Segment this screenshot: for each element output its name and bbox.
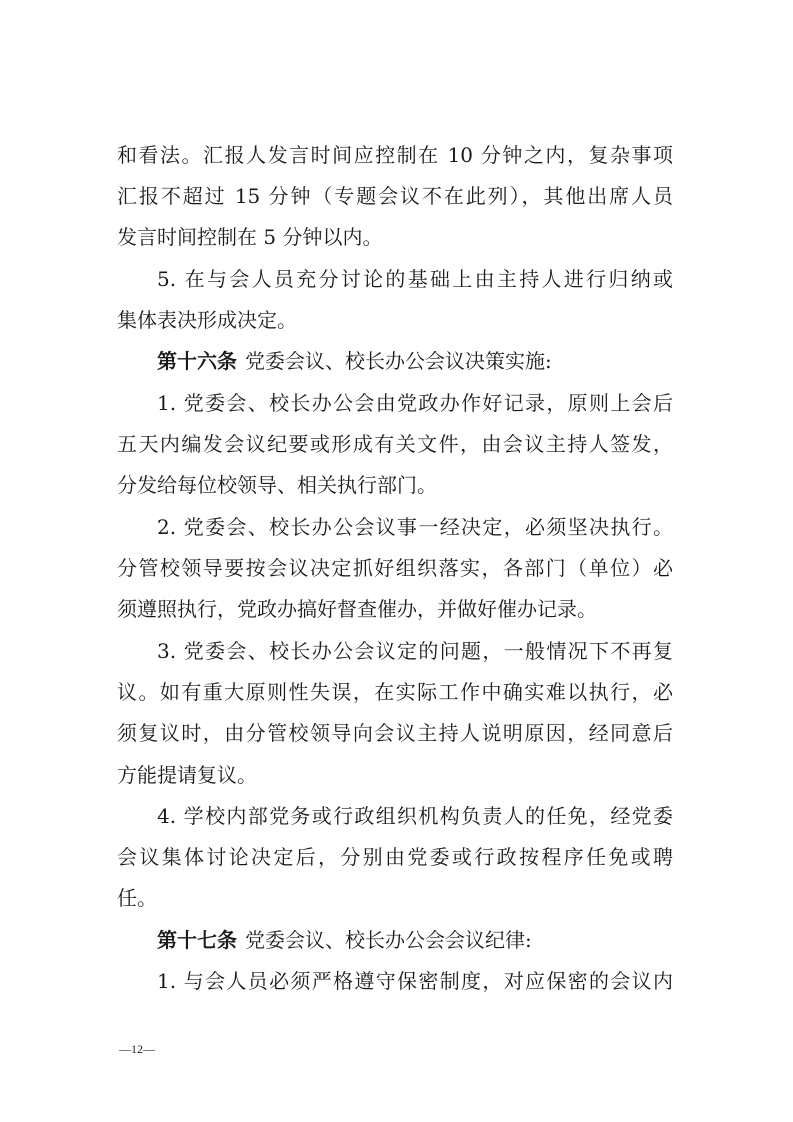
article-16-heading: 第十六条党委会议、校长办公会议决策实施: <box>157 346 673 376</box>
body-line: 须复议时，由分管校领导向会议主持人说明原因，经同意后 <box>117 718 673 748</box>
body-line: 五天内编发会议纪要或形成有关文件，由会议主持人签发， <box>117 429 673 459</box>
document-page: 和看法。汇报人发言时间应控制在 10 分钟之内，复杂事项 汇报不超过 15 分钟… <box>0 0 793 1122</box>
body-line: 方能提请复议。 <box>117 760 673 790</box>
list-item-1: 1. 与会人员必须严格遵守保密制度，对应保密的会议内 <box>157 966 673 996</box>
body-line: 议。如有重大原则性失误，在实际工作中确实难以执行，必 <box>117 677 673 707</box>
article-title: 党委会议、校长办公会议决策实施: <box>245 349 552 373</box>
body-line: 须遵照执行，党政办搞好督查催办，并做好催办记录。 <box>117 594 673 624</box>
list-item-4: 4. 学校内部党务或行政组织机构负责人的任免，经党委 <box>157 801 673 831</box>
list-item-5: 5. 在与会人员充分讨论的基础上由主持人进行归纳或 <box>157 264 673 294</box>
body-line: 汇报不超过 15 分钟（专题会议不在此列），其他出席人员 <box>117 181 673 211</box>
article-label: 第十六条 <box>157 349 237 373</box>
article-title: 党委会议、校长办公会会议纪律: <box>245 928 532 952</box>
body-line: 和看法。汇报人发言时间应控制在 10 分钟之内，复杂事项 <box>117 140 673 170</box>
body-line: 分发给每位校领导、相关执行部门。 <box>117 470 673 500</box>
article-label: 第十七条 <box>157 928 237 952</box>
body-line: 任。 <box>117 883 673 913</box>
list-item-1: 1. 党委会、校长办公会由党政办作好记录，原则上会后 <box>157 388 673 418</box>
list-item-2: 2. 党委会、校长办公会议事一经决定，必须坚决执行。 <box>157 512 673 542</box>
body-line: 集体表决形成决定。 <box>117 305 673 335</box>
list-item-3: 3. 党委会、校长办公会议定的问题，一般情况下不再复 <box>157 636 673 666</box>
body-line: 发言时间控制在 5 分钟以内。 <box>117 222 673 252</box>
page-number: —12— <box>119 1040 155 1058</box>
body-line: 会议集体讨论决定后，分别由党委或行政按程序任免或聘 <box>117 842 673 872</box>
body-line: 分管校领导要按会议决定抓好组织落实，各部门（单位）必 <box>117 553 673 583</box>
article-17-heading: 第十七条党委会议、校长办公会会议纪律: <box>157 925 673 955</box>
